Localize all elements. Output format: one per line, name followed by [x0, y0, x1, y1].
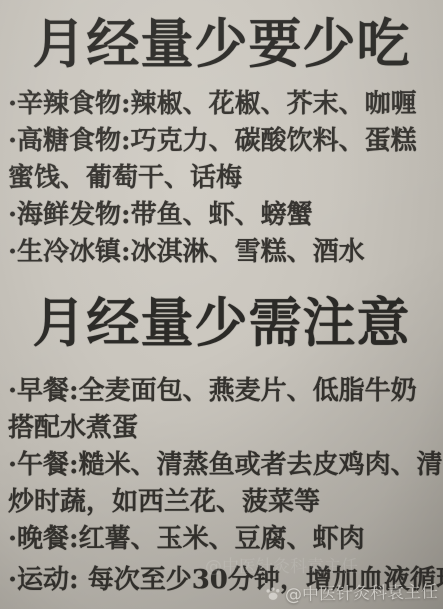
list-item-sugary-foods-continued: 蜜饯、葡萄干、话梅: [8, 160, 435, 197]
list-item-sugary-foods: ·高糖食物:巧克力、碳酸饮料、蛋糕: [8, 123, 435, 160]
list-item-breakfast: ·早餐:全麦面包、燕麦片、低脂牛奶: [8, 373, 435, 410]
poster-content: 月经量少要少吃 ·辛辣食物:辣椒、花椒、芥末、咖喱 ·高糖食物:巧克力、碳酸饮料…: [0, 0, 443, 599]
list-item-breakfast-continued: 搭配水煮蛋: [8, 410, 435, 447]
list-item-dinner: ·晚餐:红薯、玉米、豆腐、虾肉: [8, 521, 435, 558]
health-tips-poster: 月经量少要少吃 ·辛辣食物:辣椒、花椒、芥末、咖喱 ·高糖食物:巧克力、碳酸饮料…: [0, 0, 443, 609]
list-item-lunch-continued: 炒时蔬，如西兰花、菠菜等: [8, 484, 435, 521]
watermark: @中医针灸科袁主任: [265, 577, 438, 606]
list-item-spicy-foods: ·辛辣食物:辣椒、花椒、芥末、咖喱: [8, 86, 435, 123]
list-item-lunch: ·午餐:糙米、清蒸鱼或者去皮鸡肉、清: [8, 447, 435, 484]
section-title-foods-to-avoid: 月经量少要少吃: [8, 12, 435, 78]
list-item-cold-drinks: ·生冷冰镇:冰淇淋、雪糕、酒水: [8, 234, 435, 271]
weibo-paw-icon: [265, 585, 281, 601]
watermark-handle: @中医针灸科袁主任: [285, 577, 438, 605]
list-item-seafood: ·海鲜发物:带鱼、虾、螃蟹: [8, 197, 435, 234]
section-title-things-to-note: 月经量少需注意: [8, 291, 435, 357]
